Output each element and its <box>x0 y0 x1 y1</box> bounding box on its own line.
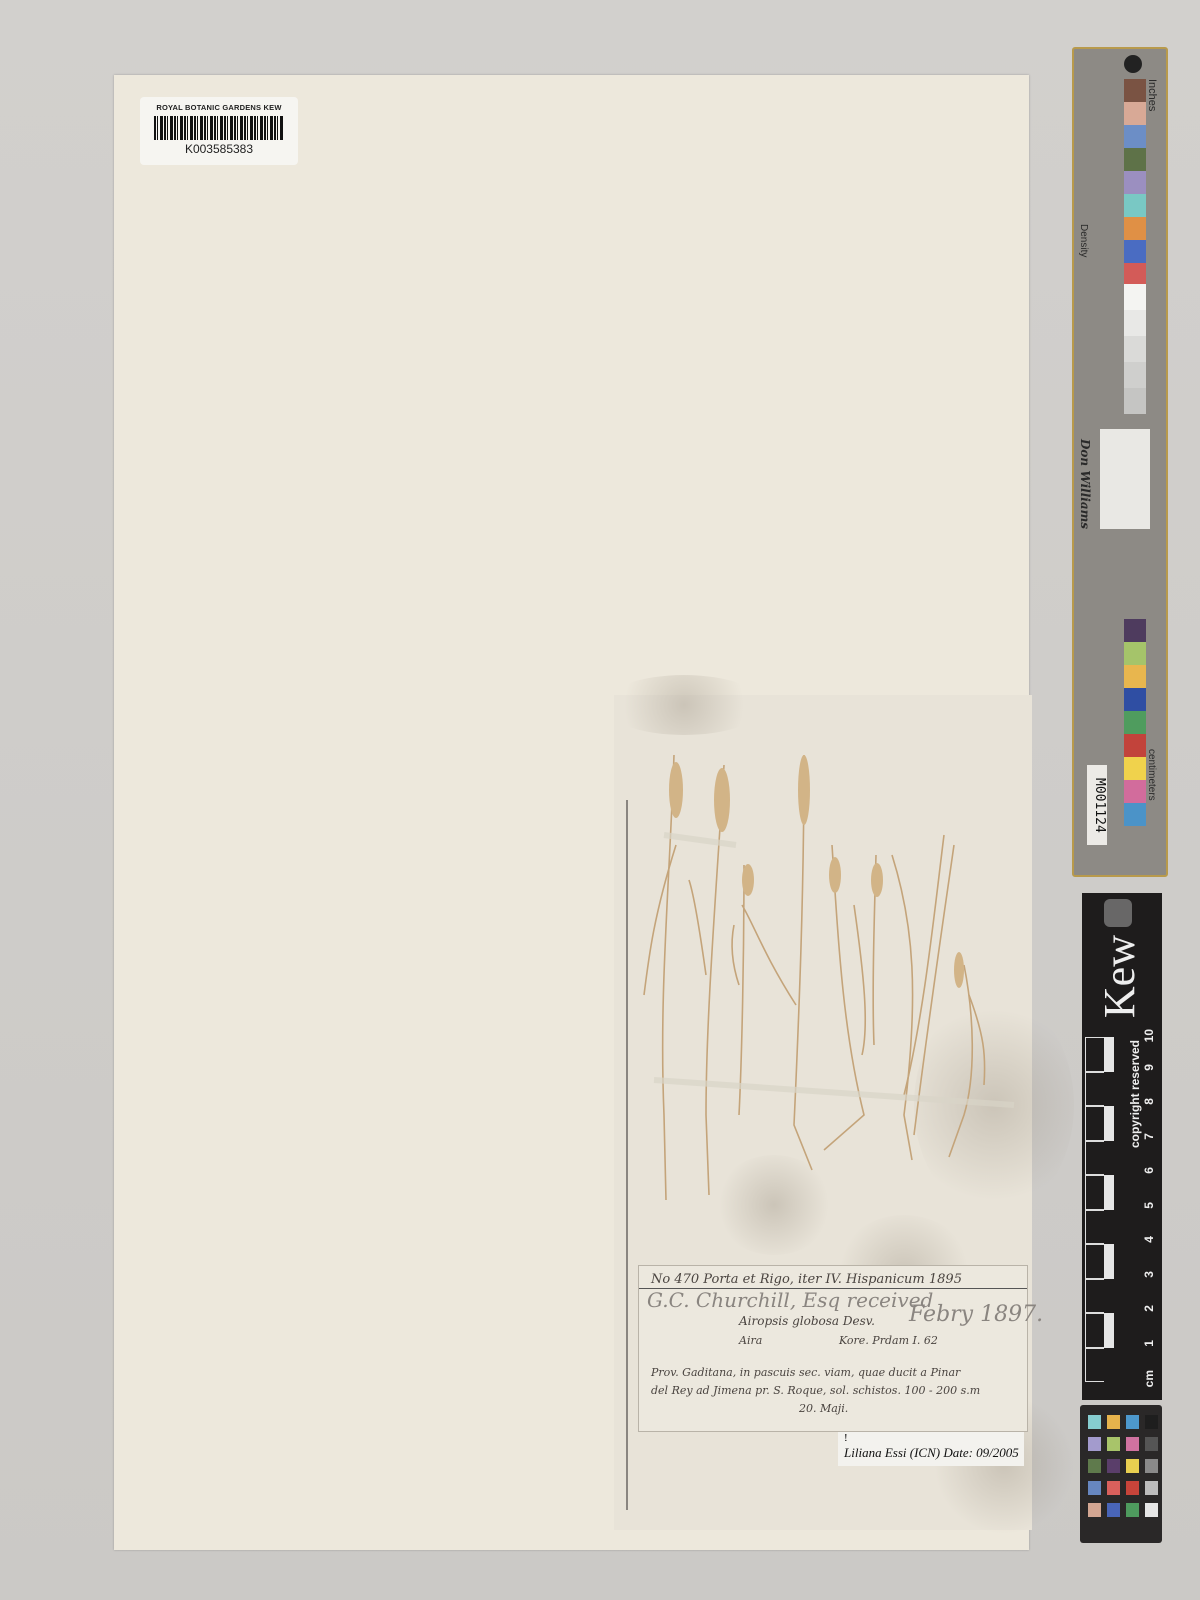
color-patch-strip-bottom <box>1124 619 1146 826</box>
inches-label: Inches <box>1146 79 1158 111</box>
scale-tick-label: 2 <box>1142 1305 1160 1312</box>
color-patch <box>1107 1503 1120 1517</box>
scale-tick-label: 10 <box>1142 1029 1160 1042</box>
grass-specimens-icon <box>614 695 1032 1255</box>
institution-name: ROYAL BOTANIC GARDENS KEW <box>140 103 298 112</box>
color-patch <box>1124 125 1146 148</box>
brand-label: Don Williams <box>1078 439 1092 529</box>
color-patch <box>1126 1459 1139 1473</box>
density-label: Density <box>1078 224 1089 257</box>
color-patch <box>1124 102 1146 125</box>
copyright-text: copyright reserved <box>1128 1040 1142 1148</box>
mini-color-card <box>1080 1405 1162 1543</box>
color-patch <box>1088 1437 1101 1451</box>
color-patch <box>1124 240 1146 263</box>
collection-number: No 470 Porta et Rigo, iter IV. Hispanicu… <box>651 1272 962 1287</box>
locality-line-1: Prov. Gaditana, in pascuis sec. viam, qu… <box>651 1366 960 1379</box>
color-patch <box>1145 1415 1158 1429</box>
color-patch <box>1124 362 1146 388</box>
color-patch <box>1126 1415 1139 1429</box>
card-id-label: M001124 <box>1087 765 1107 845</box>
mini-color-grid <box>1088 1415 1158 1517</box>
color-patch <box>1124 217 1146 240</box>
color-patch <box>1124 79 1146 102</box>
color-patch <box>1126 1481 1139 1495</box>
color-patch <box>1124 171 1146 194</box>
color-patch <box>1124 336 1146 362</box>
color-patch-strip-top <box>1124 79 1146 286</box>
scale-tick-label: 3 <box>1142 1271 1160 1278</box>
kew-logo: Kew <box>1098 935 1142 1018</box>
specimen-label: No 470 Porta et Rigo, iter IV. Hispanicu… <box>638 1265 1028 1432</box>
centimeters-label: centimeters <box>1146 749 1157 801</box>
color-patch <box>1124 619 1146 642</box>
locality-line-2: del Rey ad Jimena pr. S. Roque, sol. sch… <box>651 1384 980 1397</box>
color-patch <box>1107 1459 1120 1473</box>
scale-tick-labels: 12345678910 <box>1142 1035 1160 1380</box>
color-patch <box>1124 688 1146 711</box>
synonym: Aira <box>739 1334 762 1347</box>
color-patch <box>1145 1437 1158 1451</box>
color-patch <box>1088 1503 1101 1517</box>
color-patch <box>1124 284 1146 310</box>
color-calibration-card: Inches Density Don Williams centimeters <box>1072 47 1168 877</box>
color-patch <box>1124 148 1146 171</box>
scale-tick-label: 5 <box>1142 1202 1160 1209</box>
color-patch <box>1088 1459 1101 1473</box>
determination-slip: ! Liliana Essi (ICN) Date: 09/2005 <box>838 1432 1024 1466</box>
scale-tick-label: 1 <box>1142 1340 1160 1347</box>
color-patch <box>1088 1415 1101 1429</box>
color-patch <box>1124 803 1146 826</box>
color-patch <box>1107 1415 1120 1429</box>
color-patch <box>1124 780 1146 803</box>
color-patch <box>1126 1503 1139 1517</box>
color-patch <box>1145 1459 1158 1473</box>
color-patch <box>1126 1437 1139 1451</box>
color-patch <box>1124 757 1146 780</box>
barcode-icon <box>154 116 284 140</box>
scale-tick-label: 6 <box>1142 1167 1160 1174</box>
color-patch <box>1124 642 1146 665</box>
unit-label: cm <box>1142 1370 1156 1387</box>
color-patch <box>1088 1481 1101 1495</box>
color-patch <box>1124 263 1146 286</box>
color-patch <box>1145 1503 1158 1517</box>
kew-crest-icon <box>1104 899 1132 927</box>
reference: Kore. Prdam I. 62 <box>839 1334 938 1347</box>
registration-dot-icon <box>1124 55 1142 73</box>
barcode-number: K003585383 <box>140 142 298 156</box>
scale-tick-label: 4 <box>1142 1236 1160 1243</box>
color-patch <box>1107 1437 1120 1451</box>
determination-text: Liliana Essi (ICN) Date: 09/2005 <box>844 1445 1019 1461</box>
color-patch <box>1124 711 1146 734</box>
color-patch <box>1124 734 1146 757</box>
color-patch <box>1124 665 1146 688</box>
scale-ruler <box>1085 1037 1115 1382</box>
color-patch <box>1124 388 1146 414</box>
scale-tick-label: 9 <box>1142 1064 1160 1071</box>
taxon-name: Airopsis globosa Desv. <box>739 1314 875 1328</box>
collection-date: 20. Maji. <box>799 1402 848 1415</box>
color-patch <box>1145 1481 1158 1495</box>
color-patch <box>1124 194 1146 217</box>
received-date: Febry 1897. <box>909 1302 1043 1327</box>
collector-stamp: G.C. Churchill, Esq received <box>647 1288 933 1312</box>
confirmation-mark: ! <box>844 1432 848 1444</box>
barcode-label: ROYAL BOTANIC GARDENS KEW K003585383 <box>140 97 298 165</box>
color-patch <box>1124 310 1146 336</box>
gray-scale-strip <box>1124 284 1146 414</box>
scale-tick-label: 7 <box>1142 1133 1160 1140</box>
color-patch <box>1107 1481 1120 1495</box>
scale-tick-label: 8 <box>1142 1098 1160 1105</box>
density-target <box>1100 429 1150 529</box>
